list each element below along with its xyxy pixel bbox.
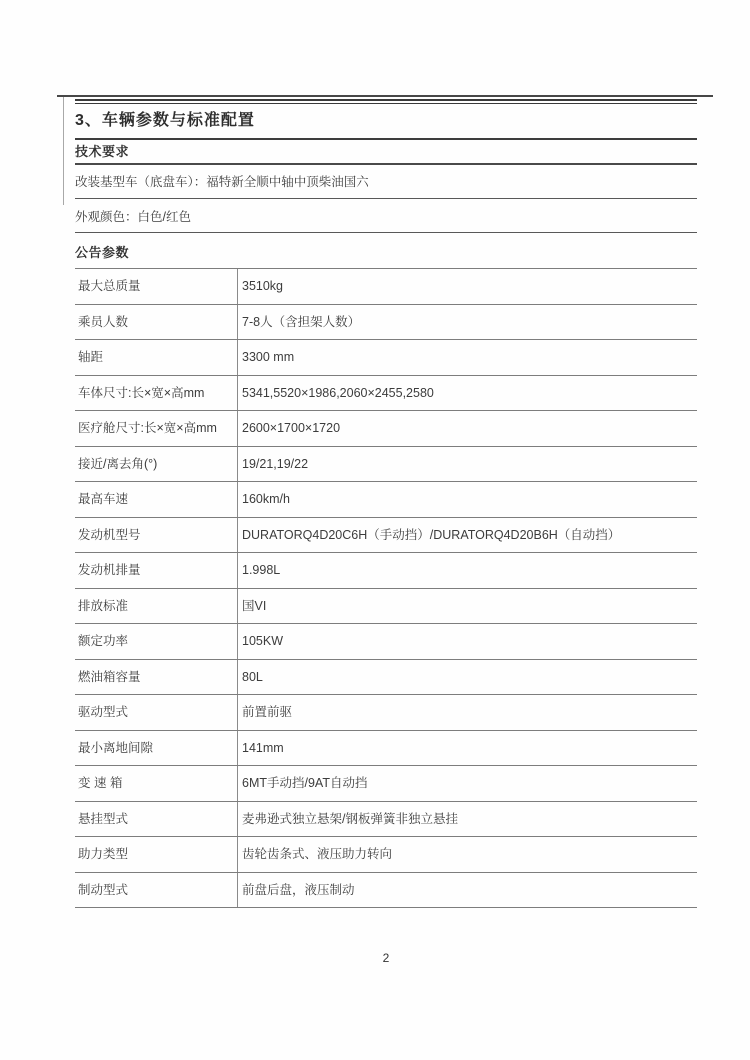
spec-value: 80L xyxy=(237,660,697,695)
spec-value: 105KW xyxy=(237,624,697,659)
table-row: 乘员人数 7-8人（含担架人数） xyxy=(75,305,697,341)
spec-value: DURATORQ4D20C6H（手动挡）/DURATORQ4D20B6H（自动挡… xyxy=(237,518,697,553)
spec-label: 驱动型式 xyxy=(75,704,237,720)
spec-label: 助力类型 xyxy=(75,846,237,862)
table-row: 驱动型式 前置前驱 xyxy=(75,695,697,731)
spec-value: 7-8人（含担架人数） xyxy=(237,305,697,340)
page-number: 2 xyxy=(75,951,697,965)
table-row: 最高车速 160km/h xyxy=(75,482,697,518)
spec-value: 160km/h xyxy=(237,482,697,517)
page-title: 3、车辆参数与标准配置 xyxy=(75,111,697,131)
spec-label: 车体尺寸:长×宽×高mm xyxy=(75,385,237,401)
spec-label: 最大总质量 xyxy=(75,278,237,294)
exterior-color-row: 外观颜色：白色/红色 xyxy=(75,199,697,232)
table-row: 助力类型 齿轮齿条式、液压助力转向 xyxy=(75,837,697,873)
spec-label: 医疗舱尺寸:长×宽×高mm xyxy=(75,420,237,436)
spec-value: 19/21,19/22 xyxy=(237,447,697,482)
spec-label: 最小离地间隙 xyxy=(75,740,237,756)
spec-label: 乘员人数 xyxy=(75,314,237,330)
table-row: 变 速 箱 6MT手动挡/9AT自动挡 xyxy=(75,766,697,802)
spec-value: 2600×1700×1720 xyxy=(237,411,697,446)
spec-label: 发动机排量 xyxy=(75,562,237,578)
table-row: 最大总质量 3510kg xyxy=(75,269,697,305)
spec-value: 国VI xyxy=(237,589,697,624)
spec-label: 接近/离去角(°) xyxy=(75,456,237,472)
table-row: 医疗舱尺寸:长×宽×高mm 2600×1700×1720 xyxy=(75,411,697,447)
table-row: 排放标准 国VI xyxy=(75,589,697,625)
left-border-artifact xyxy=(63,97,64,205)
spec-value: 前置前驱 xyxy=(237,695,697,730)
table-row: 悬挂型式 麦弗逊式独立悬架/钢板弹簧非独立悬挂 xyxy=(75,802,697,838)
section-header-tech-requirements: 技术要求 xyxy=(75,140,697,163)
spec-label: 变 速 箱 xyxy=(75,775,237,791)
spec-value: 齿轮齿条式、液压助力转向 xyxy=(237,837,697,872)
spec-value: 1.998L xyxy=(237,553,697,588)
spec-label: 最高车速 xyxy=(75,491,237,507)
spec-label: 轴距 xyxy=(75,349,237,365)
spec-value: 6MT手动挡/9AT自动挡 xyxy=(237,766,697,801)
spec-label: 悬挂型式 xyxy=(75,811,237,827)
spec-value: 前盘后盘，液压制动 xyxy=(237,873,697,908)
table-row: 轴距 3300 mm xyxy=(75,340,697,376)
document-content: 3、车辆参数与标准配置 技术要求 改装基型车（底盘车）：福特新全顺中轴中顶柴油国… xyxy=(75,99,697,908)
table-row: 燃油箱容量 80L xyxy=(75,660,697,696)
title-top-double-rule xyxy=(75,99,697,104)
table-row: 车体尺寸:长×宽×高mm 5341,5520×1986,2060×2455,25… xyxy=(75,376,697,412)
table-row: 发动机排量 1.998L xyxy=(75,553,697,589)
document-page: 3、车辆参数与标准配置 技术要求 改装基型车（底盘车）：福特新全顺中轴中顶柴油国… xyxy=(0,0,750,1060)
table-row: 发动机型号 DURATORQ4D20C6H（手动挡）/DURATORQ4D20B… xyxy=(75,518,697,554)
table-row: 最小离地间隙 141mm xyxy=(75,731,697,767)
spec-value: 141mm xyxy=(237,731,697,766)
spec-table: 最大总质量 3510kg 乘员人数 7-8人（含担架人数） 轴距 3300 mm… xyxy=(75,268,697,908)
spec-value: 麦弗逊式独立悬架/钢板弹簧非独立悬挂 xyxy=(237,802,697,837)
table-row: 接近/离去角(°) 19/21,19/22 xyxy=(75,447,697,483)
table-row: 制动型式 前盘后盘，液压制动 xyxy=(75,873,697,909)
spec-label: 燃油箱容量 xyxy=(75,669,237,685)
spec-value: 3510kg xyxy=(237,269,697,304)
spec-value: 3300 mm xyxy=(237,340,697,375)
spec-value: 5341,5520×1986,2060×2455,2580 xyxy=(237,376,697,411)
table-row: 额定功率 105KW xyxy=(75,624,697,660)
page-header-rule xyxy=(57,95,713,97)
base-vehicle-row: 改装基型车（底盘车）：福特新全顺中轴中顶柴油国六 xyxy=(75,165,697,198)
spec-label: 额定功率 xyxy=(75,633,237,649)
spec-label: 发动机型号 xyxy=(75,527,237,543)
spec-label: 排放标准 xyxy=(75,598,237,614)
spec-label: 制动型式 xyxy=(75,882,237,898)
section-header-announce-params: 公告参数 xyxy=(75,233,697,268)
